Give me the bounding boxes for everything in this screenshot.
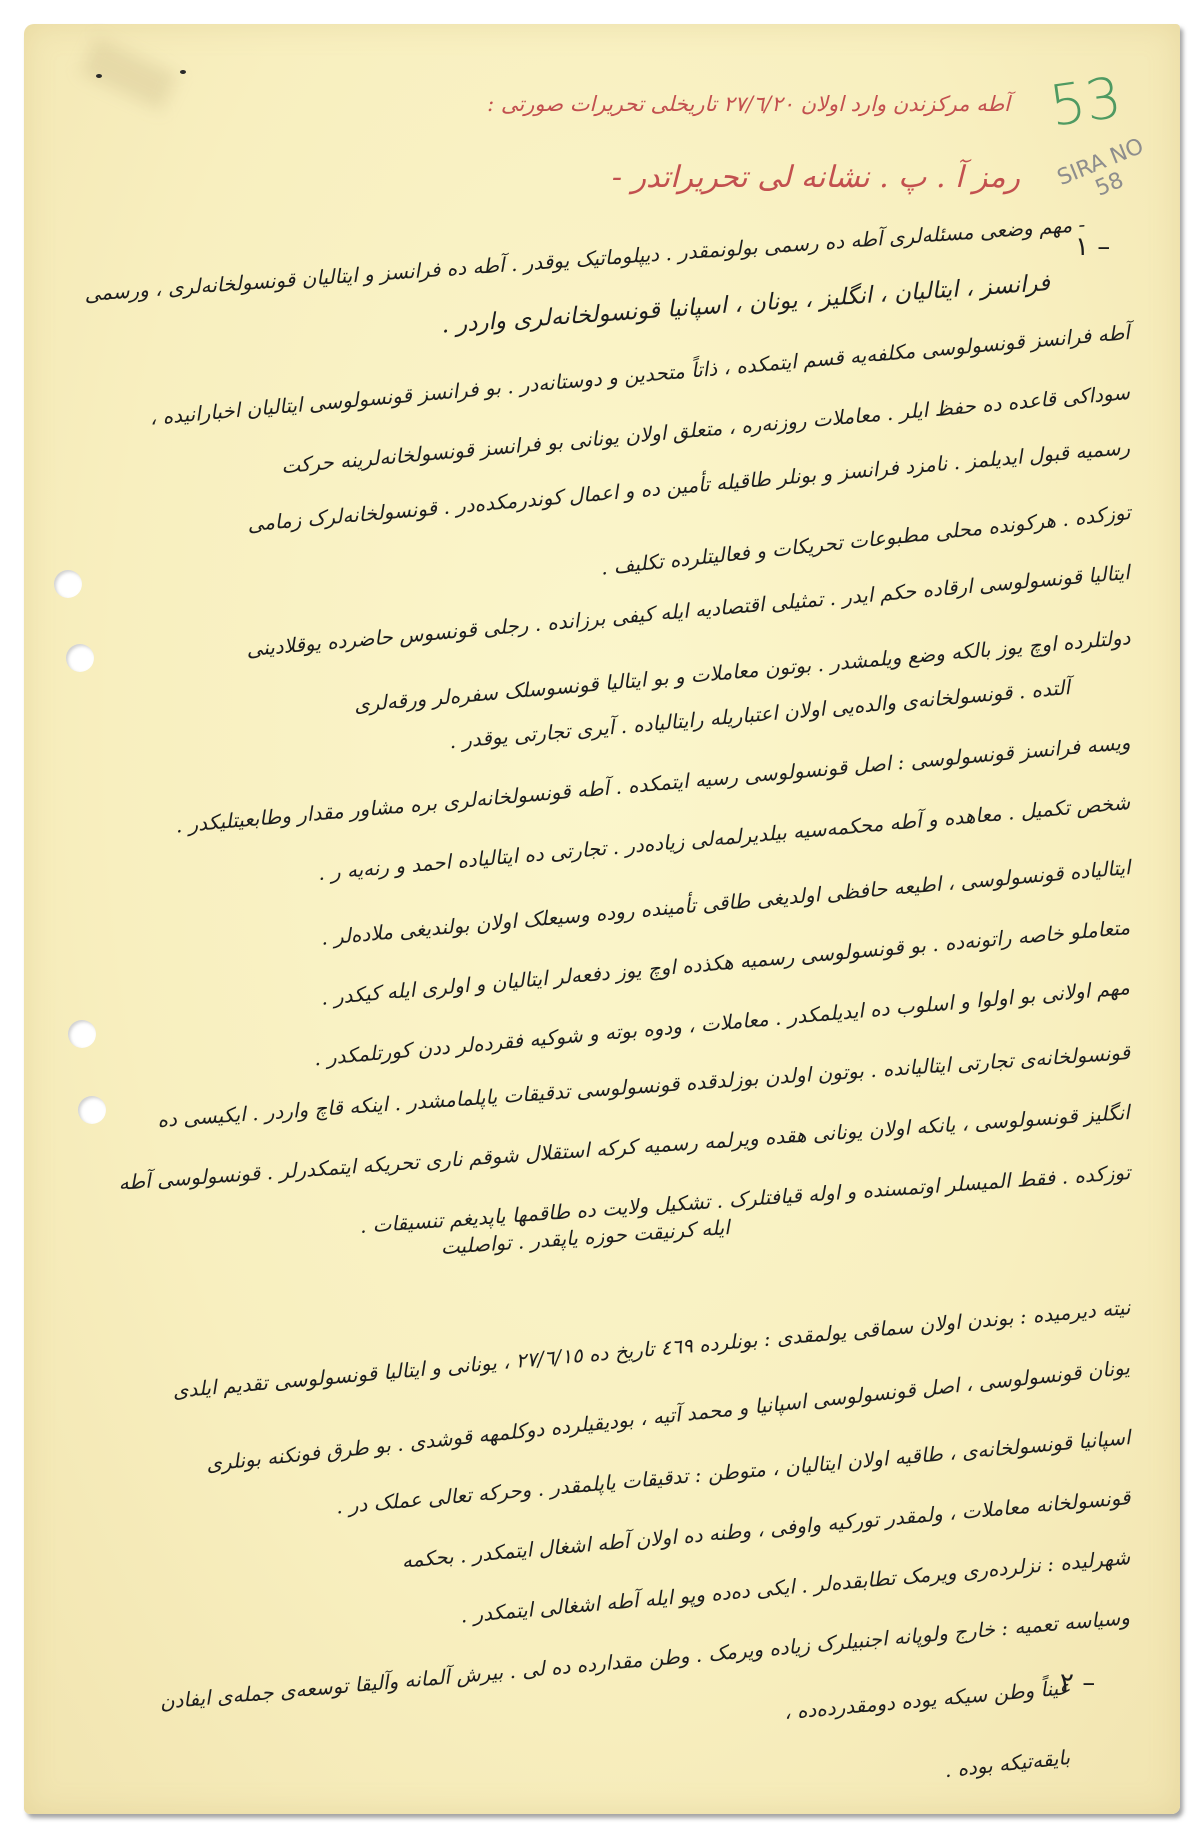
punch-hole: [78, 1096, 106, 1124]
punch-hole: [66, 644, 94, 672]
paper-stain: [80, 37, 178, 111]
punch-hole: [54, 570, 82, 598]
header-line-1: آطه مركزندن وارد اولان ٢٧/٦/٢٠ تاریخلی ت…: [487, 92, 1010, 116]
item-marker-1: ١ –: [1075, 232, 1110, 262]
ink-speck: [180, 70, 186, 74]
ink-speck: [96, 74, 102, 78]
folio-number: 53: [1046, 65, 1126, 139]
header-line-2: رمز آ . پ . نشانه لی تحریراتدر -: [612, 160, 1020, 195]
punch-hole: [68, 1020, 96, 1048]
